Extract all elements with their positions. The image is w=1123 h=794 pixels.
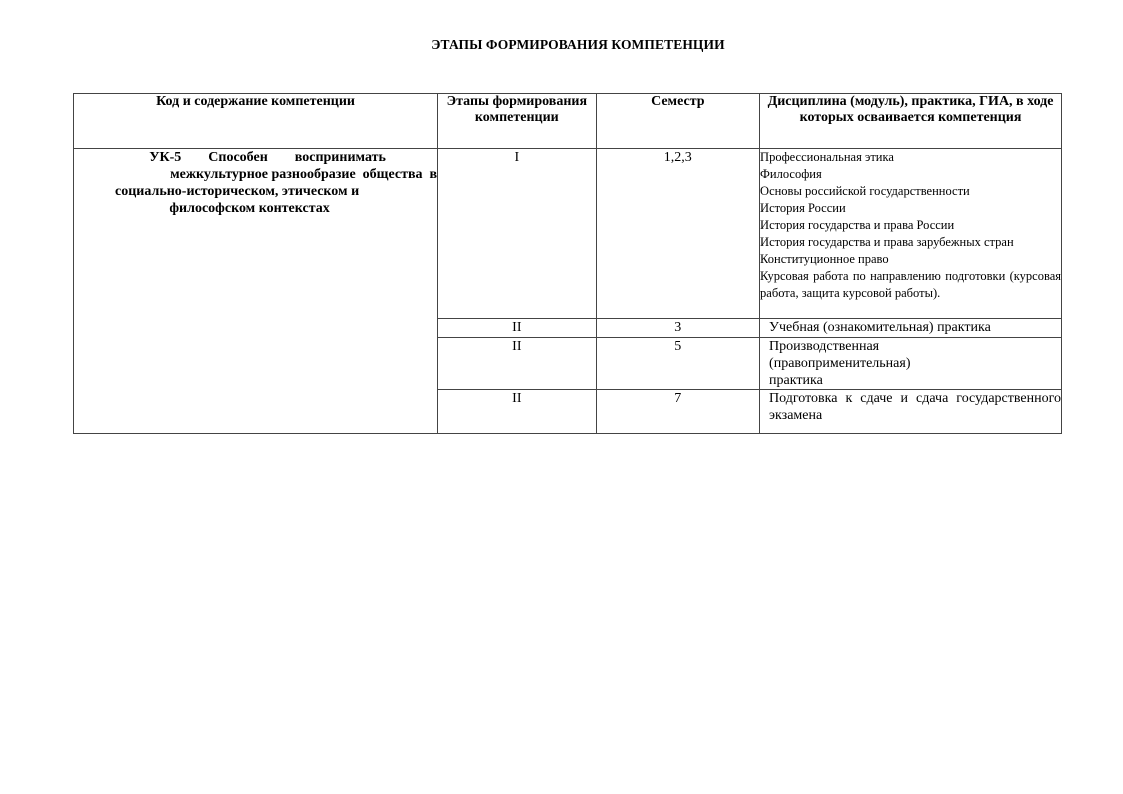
discipline-item: Курсовая работа по направлению подготовк… (760, 268, 1061, 302)
discipline-item: Конституционное право (760, 251, 1061, 268)
discipline-item: Учебная (ознакомительная) практика (769, 319, 1061, 336)
semester-cell: 1,2,3 (596, 149, 759, 319)
competence-line-1: УК-5 Способен воспринимать (74, 149, 437, 166)
discipline-item: Подготовка к сдаче и сдача государственн… (769, 390, 1061, 424)
stage-cell: II (438, 319, 596, 338)
competence-line-4: философском контекстах (74, 200, 437, 217)
discipline-list: Профессиональная этика Философия Основы … (760, 149, 1062, 319)
header-stage: Этапы формирования компетенции (438, 94, 596, 149)
header-discipline: Дисциплина (модуль), практика, ГИА, в хо… (760, 94, 1062, 149)
discipline-item: История государства и права зарубежных с… (760, 234, 1061, 251)
discipline-item: История государства и права России (760, 217, 1061, 234)
semester-cell: 7 (596, 390, 759, 434)
stage-cell: I (438, 149, 596, 319)
semester-cell: 3 (596, 319, 759, 338)
discipline-item: Основы российской государственности (760, 183, 1061, 200)
competence-stages-table: Код и содержание компетенции Этапы форми… (73, 93, 1062, 434)
table-row: УК-5 Способен воспринимать межкультурное… (74, 149, 1062, 319)
discipline-item: История России (760, 200, 1061, 217)
document-title: ЭТАПЫ ФОРМИРОВАНИЯ КОМПЕТЕНЦИИ (0, 37, 1123, 53)
competence-line-2: межкультурное разнообразие общества в (74, 166, 437, 183)
stage-cell: II (438, 390, 596, 434)
discipline-item: Производственная (правоприменительная) п… (769, 338, 1061, 389)
semester-cell: 5 (596, 338, 759, 390)
discipline-list: Подготовка к сдаче и сдача государственн… (760, 390, 1062, 434)
discipline-item: Профессиональная этика (760, 149, 1061, 166)
table-header-row: Код и содержание компетенции Этапы форми… (74, 94, 1062, 149)
competence-line-3: социально-историческом, этическом и (74, 183, 437, 200)
header-semester: Семестр (596, 94, 759, 149)
stage-cell: II (438, 338, 596, 390)
discipline-item: Философия (760, 166, 1061, 183)
discipline-list: Учебная (ознакомительная) практика (760, 319, 1062, 338)
discipline-list: Производственная (правоприменительная) п… (760, 338, 1062, 390)
header-code: Код и содержание компетенции (74, 94, 438, 149)
competence-cell: УК-5 Способен воспринимать межкультурное… (74, 149, 438, 434)
